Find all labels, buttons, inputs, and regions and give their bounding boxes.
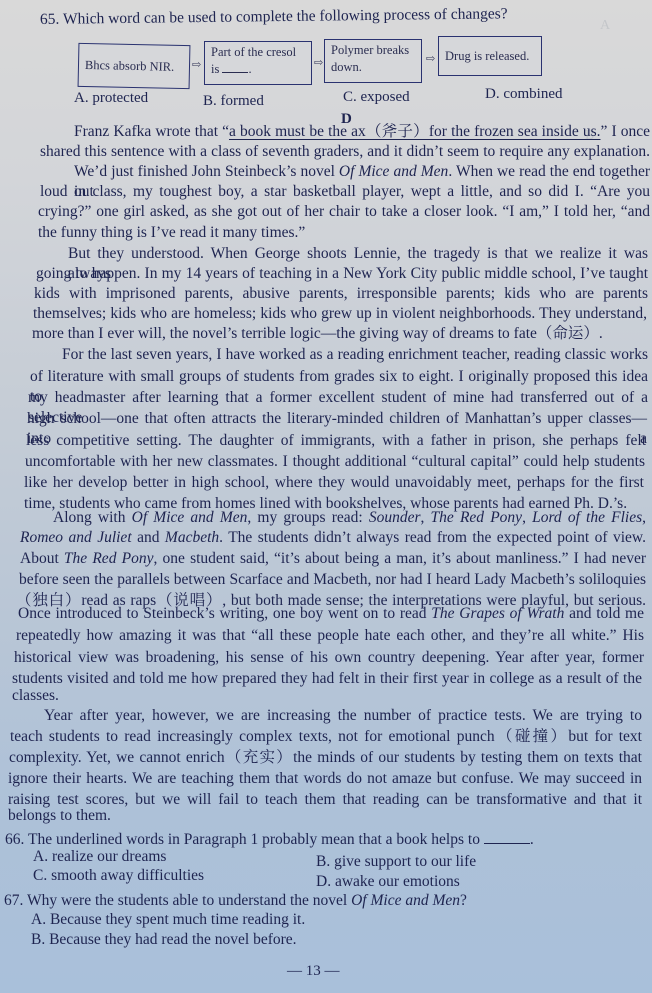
passage-line: loud in class, my toughest boy, a star b…	[40, 182, 650, 202]
book-title: The Red Pony	[64, 550, 154, 567]
flow-step-3: Polymer breaks down.	[324, 39, 422, 83]
bleed-through-text: A	[600, 18, 610, 34]
option-66-b[interactable]: B. give support to our life	[316, 852, 476, 872]
passage-line: like her develop better in high school, …	[24, 473, 644, 493]
underlined-quote: a book must be the ax（斧子）for the frozen …	[229, 123, 600, 140]
passage-line: teach students to read increasingly comp…	[10, 727, 642, 747]
passage-paragraph-6-line: Year after year, however, we are increas…	[44, 706, 642, 726]
passage-line: shared this sentence with a class of sev…	[40, 142, 650, 162]
passage-line: students visited and told me how prepare…	[12, 669, 642, 689]
option-65-d[interactable]: D. combined	[485, 86, 563, 103]
passage-line: going to happen. In my 14 years of teach…	[36, 264, 648, 284]
passage-line: classes.	[12, 686, 59, 706]
option-67-b[interactable]: B. Because they had read the novel befor…	[31, 930, 297, 950]
flow-step-text: Bhcs absorb NIR.	[85, 58, 175, 74]
option-67-a[interactable]: A. Because they spent much time reading …	[31, 910, 305, 930]
passage-line: more than I ever will, the novel’s terri…	[32, 324, 603, 344]
flow-step-text: Part of the cresol	[211, 44, 305, 61]
passage-line: Once introduced to Steinbeck’s writing, …	[18, 604, 644, 624]
passage-paragraph-5-line: Along with Of Mice and Men, my groups re…	[53, 508, 646, 528]
option-65-c[interactable]: C. exposed	[343, 89, 410, 106]
answer-blank	[484, 831, 530, 844]
arrow-right-icon: ⇨	[314, 56, 323, 69]
option-65-b[interactable]: B. formed	[203, 93, 264, 110]
flow-step-2: Part of the cresol is .	[204, 41, 312, 85]
book-title: Of Mice and Men	[351, 892, 460, 909]
question-text: The underlined words in Paragraph 1 prob…	[28, 831, 480, 848]
passage-line: themselves; kids who are homeless; kids …	[33, 304, 647, 324]
question-67-stem: 67. Why were the students able to unders…	[4, 891, 467, 911]
passage-line: kids with imprisoned parents, abusive pa…	[34, 284, 648, 304]
passage-paragraph-4-line: For the last seven years, I have worked …	[62, 345, 648, 365]
book-title: The Grapes of Wrath	[431, 605, 564, 622]
arrow-right-icon: ⇨	[192, 58, 201, 71]
option-66-c[interactable]: C. smooth away difficulties	[33, 866, 204, 886]
page-number: — 13 —	[287, 963, 340, 980]
book-title: Macbeth	[165, 529, 219, 546]
passage-line: before seen the parallels between Scarfa…	[19, 570, 646, 590]
question-number: 67.	[4, 892, 23, 909]
passage-line: repeatedly how amazing it was that “all …	[16, 626, 644, 646]
answer-blank	[222, 62, 248, 73]
passage-line: Romeo and Juliet and Macbeth. The studen…	[20, 528, 646, 548]
flow-step-4: Drug is released.	[438, 36, 542, 76]
passage-line: belongs to them.	[8, 806, 111, 826]
book-title: Romeo and Juliet	[20, 529, 132, 546]
exam-page: A B 65. Which word can be used to comple…	[0, 0, 652, 993]
flow-step-text: Drug is released.	[445, 49, 529, 63]
flow-step-text: is .	[211, 61, 305, 78]
book-title: Lord of the Flies	[532, 509, 642, 526]
passage-line: complexity. Yet, we cannot enrich（充实）the…	[9, 748, 642, 768]
passage-paragraph-1-line: Franz Kafka wrote that “a book must be t…	[74, 122, 650, 142]
flow-step-text: down.	[331, 59, 415, 76]
book-title: Of Mice and Men	[132, 509, 248, 526]
book-title: Of Mice and Men	[339, 163, 448, 180]
passage-line: About The Red Pony, one student said, “i…	[20, 549, 646, 569]
option-66-d[interactable]: D. awake our emotions	[316, 872, 460, 892]
arrow-right-icon: ⇨	[426, 52, 435, 65]
book-title: The Red Pony	[431, 509, 523, 526]
passage-line: the funny thing is I’ve read it many tim…	[38, 223, 305, 243]
passage-line: crying?” one girl asked, as she got out …	[38, 202, 650, 222]
flow-step-text: Polymer breaks	[331, 42, 415, 59]
flow-step-1: Bhcs absorb NIR.	[78, 43, 191, 89]
book-title: Sounder	[369, 509, 421, 526]
passage-line: uncomfortable with her new classmates. I…	[25, 452, 645, 472]
question-65-stem: 65. Which word can be used to complete t…	[40, 4, 508, 30]
question-text: Why were the students able to understand…	[27, 892, 351, 909]
passage-line: ignore their hearts. We are teaching the…	[8, 769, 642, 789]
option-66-a[interactable]: A. realize our dreams	[33, 847, 166, 867]
option-65-a[interactable]: A. protected	[74, 90, 148, 107]
question-number: 65.	[40, 11, 60, 28]
question-text: Which word can be used to complete the f…	[63, 5, 508, 27]
passage-line: less competitive setting. The daughter o…	[26, 431, 646, 451]
question-number: 66.	[5, 831, 24, 848]
passage-line: historical view was broadening, his sens…	[14, 648, 644, 668]
